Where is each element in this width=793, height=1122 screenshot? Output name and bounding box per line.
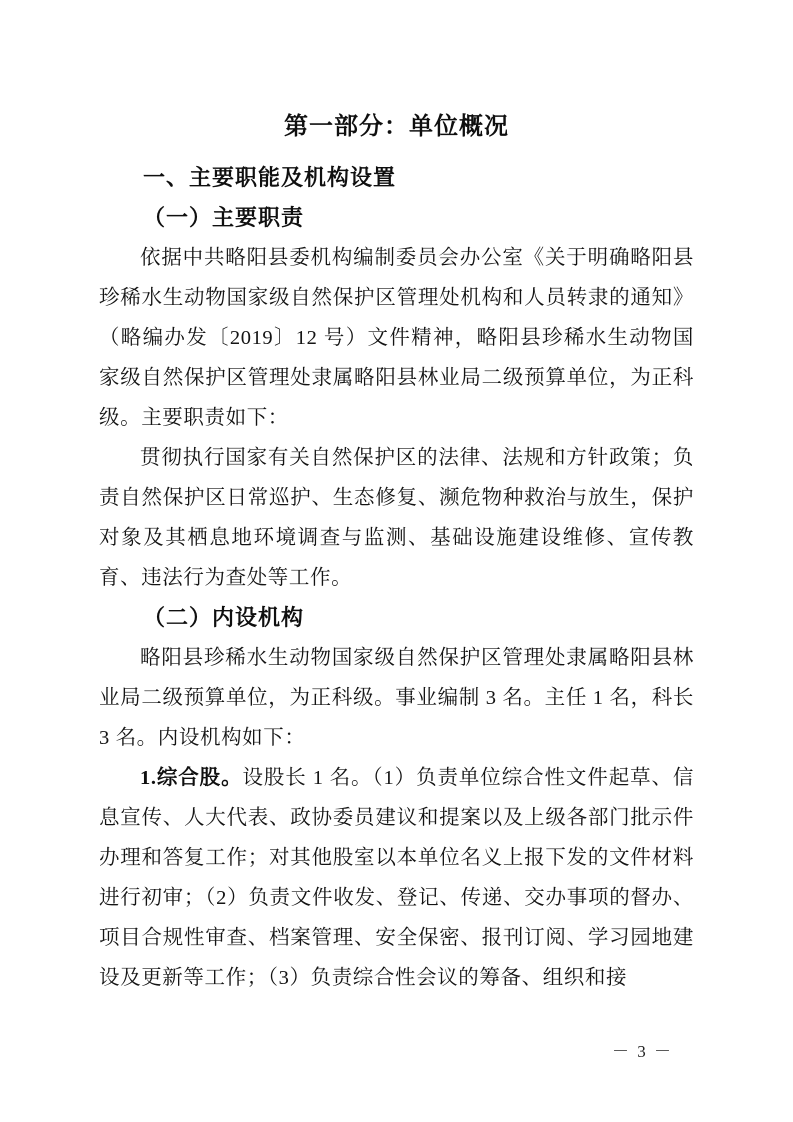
paragraph-organization-overview: 略阳县珍稀水生动物国家级自然保护区管理处隶属略阳县林业局二级预算单位，为正科级。… — [99, 638, 694, 758]
document-title: 第一部分：单位概况 — [99, 108, 694, 146]
division-duties-text: 设股长 1 名。（1）负责单位综合性文件起草、信息宣传、人大代表、政协委员建议和… — [99, 767, 694, 989]
subsection-heading-main-duties: （一）主要职责 — [99, 198, 694, 238]
paragraph-duties-description: 贯彻执行国家有关自然保护区的法律、法规和方针政策；负责自然保护区日常巡护、生态修… — [99, 438, 694, 598]
paragraph-general-affairs-division: 1.综合股。设股长 1 名。（1）负责单位综合性文件起草、信息宣传、人大代表、政… — [99, 758, 694, 998]
paragraph-establishment-basis: 依据中共略阳县委机构编制委员会办公室《关于明确略阳县珍稀水生动物国家级自然保护区… — [99, 238, 694, 438]
document-content: 第一部分：单位概况 一、主要职能及机构设置 （一）主要职责 依据中共略阳县委机构… — [99, 108, 694, 998]
section-heading-functions-and-structure: 一、主要职能及机构设置 — [99, 158, 694, 198]
division-name-label: 1.综合股。 — [140, 767, 242, 789]
page-number: － 3 － — [612, 1040, 673, 1064]
subsection-heading-internal-organization: （二）内设机构 — [99, 598, 694, 638]
document-page: 第一部分：单位概况 一、主要职能及机构设置 （一）主要职责 依据中共略阳县委机构… — [0, 0, 793, 1122]
